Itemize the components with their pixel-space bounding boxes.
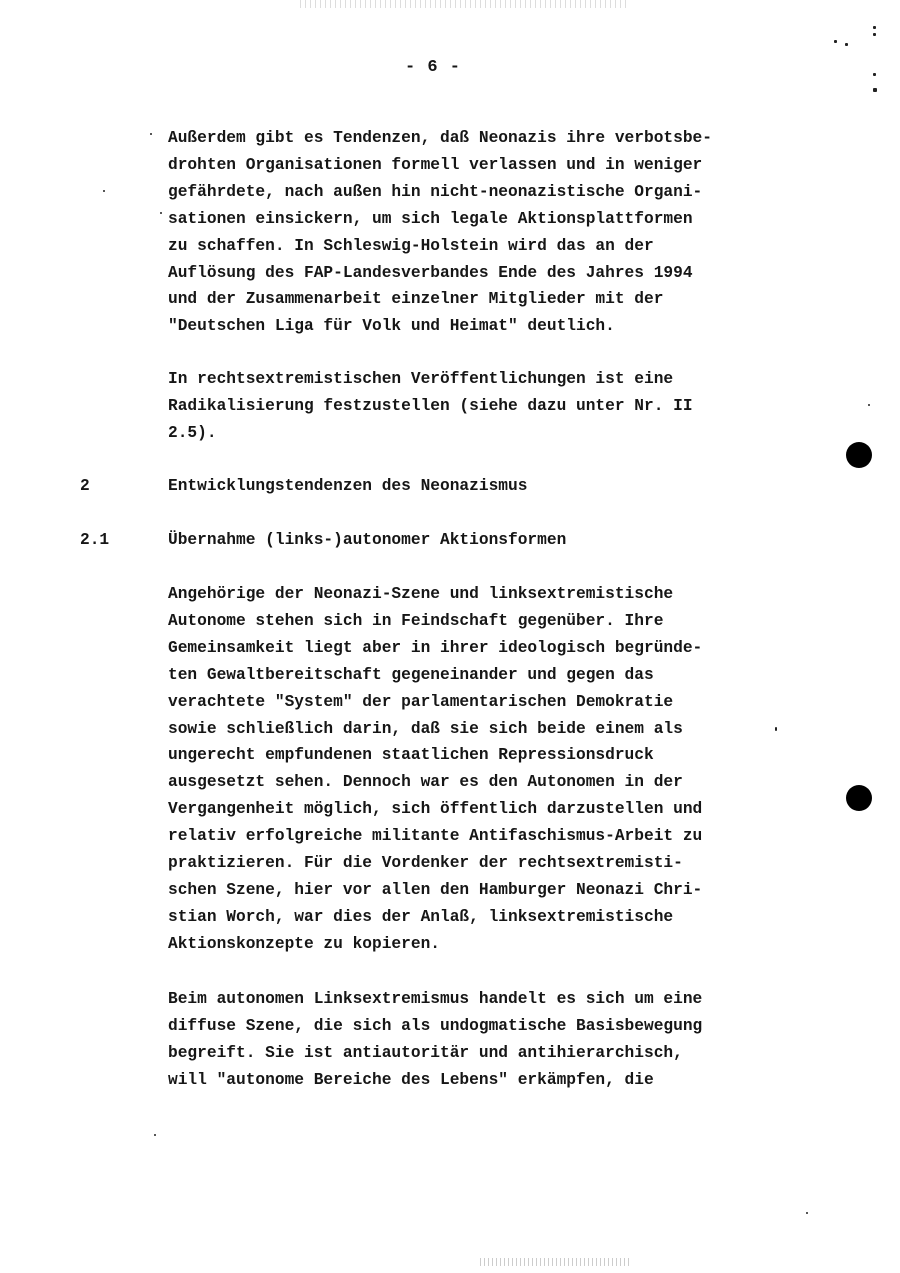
paragraph-neonazi-autonome: Angehörige der Neonazi-Szene und linksex…: [168, 581, 808, 958]
text-line: relativ erfolgreiche militante Antifasch…: [168, 823, 808, 850]
text-line: sowie schließlich darin, daß sie sich be…: [168, 716, 808, 743]
text-line: gefährdete, nach außen hin nicht-neonazi…: [168, 179, 808, 206]
paragraph-autonomer-linksextremismus: Beim autonomen Linksextremismus handelt …: [168, 986, 808, 1094]
text-line: "Deutschen Liga für Volk und Heimat" deu…: [168, 313, 808, 340]
text-line: In rechtsextremistischen Veröffentlichun…: [168, 366, 808, 393]
punch-hole: [846, 785, 872, 811]
scan-speck: [845, 43, 848, 46]
text-line: und der Zusammenarbeit einzelner Mitglie…: [168, 286, 808, 313]
scan-speck: [868, 404, 870, 406]
section-number-2-1: 2.1: [80, 531, 109, 549]
scan-speck: [806, 1212, 808, 1214]
text-line: Aktionskonzepte zu kopieren.: [168, 931, 808, 958]
text-line: ausgesetzt sehen. Dennoch war es den Aut…: [168, 769, 808, 796]
text-line: ungerecht empfundenen staatlichen Repres…: [168, 742, 808, 769]
text-line: Radikalisierung festzustellen (siehe daz…: [168, 393, 808, 420]
text-line: 2.5).: [168, 420, 808, 447]
text-line: will "autonome Bereiche des Lebens" erkä…: [168, 1067, 808, 1094]
scanned-document-page: - 6 - Außerdem gibt es Tendenzen, daß Ne…: [0, 0, 900, 1273]
text-line: zu schaffen. In Schleswig-Holstein wird …: [168, 233, 808, 260]
scan-noise-bottom: [480, 1258, 630, 1266]
scan-speck: [103, 190, 105, 192]
scan-speck: [873, 26, 876, 29]
scan-speck: [873, 88, 877, 92]
text-line: Angehörige der Neonazi-Szene und linksex…: [168, 581, 808, 608]
text-line: Gemeinsamkeit liegt aber in ihrer ideolo…: [168, 635, 808, 662]
text-line: schen Szene, hier vor allen den Hamburge…: [168, 877, 808, 904]
section-title-2-1: Übernahme (links-)autonomer Aktionsforme…: [168, 531, 566, 549]
text-line: stian Worch, war dies der Anlaß, linksex…: [168, 904, 808, 931]
section-title-2: Entwicklungstendenzen des Neonazismus: [168, 477, 527, 495]
text-line: Vergangenheit möglich, sich öffentlich d…: [168, 796, 808, 823]
section-number-2: 2: [80, 477, 90, 495]
text-line: sationen einsickern, um sich legale Akti…: [168, 206, 808, 233]
scan-speck: [154, 1134, 156, 1136]
text-line: drohten Organisationen formell verlassen…: [168, 152, 808, 179]
scan-speck: [834, 40, 837, 43]
text-line: praktizieren. Für die Vordenker der rech…: [168, 850, 808, 877]
punch-hole: [846, 442, 872, 468]
text-line: Autonome stehen sich in Feindschaft gege…: [168, 608, 808, 635]
text-line: begreift. Sie ist antiautoritär und anti…: [168, 1040, 808, 1067]
scan-noise-top: [300, 0, 630, 8]
scan-speck: [150, 133, 152, 135]
text-line: Beim autonomen Linksextremismus handelt …: [168, 986, 808, 1013]
page-number: - 6 -: [405, 58, 461, 77]
text-line: Auflösung des FAP-Landesverbandes Ende d…: [168, 260, 808, 287]
text-line: Außerdem gibt es Tendenzen, daß Neonazis…: [168, 125, 808, 152]
paragraph-organisations: Außerdem gibt es Tendenzen, daß Neonazis…: [168, 125, 808, 340]
scan-speck: [873, 33, 876, 36]
text-line: verachtete "System" der parlamentarische…: [168, 689, 808, 716]
paragraph-radicalisation: In rechtsextremistischen Veröffentlichun…: [168, 366, 808, 447]
text-line: ten Gewaltbereitschaft gegeneinander und…: [168, 662, 808, 689]
text-line: diffuse Szene, die sich als undogmatisch…: [168, 1013, 808, 1040]
scan-speck: [775, 727, 777, 731]
scan-speck: [160, 212, 162, 214]
scan-speck: [873, 73, 876, 76]
